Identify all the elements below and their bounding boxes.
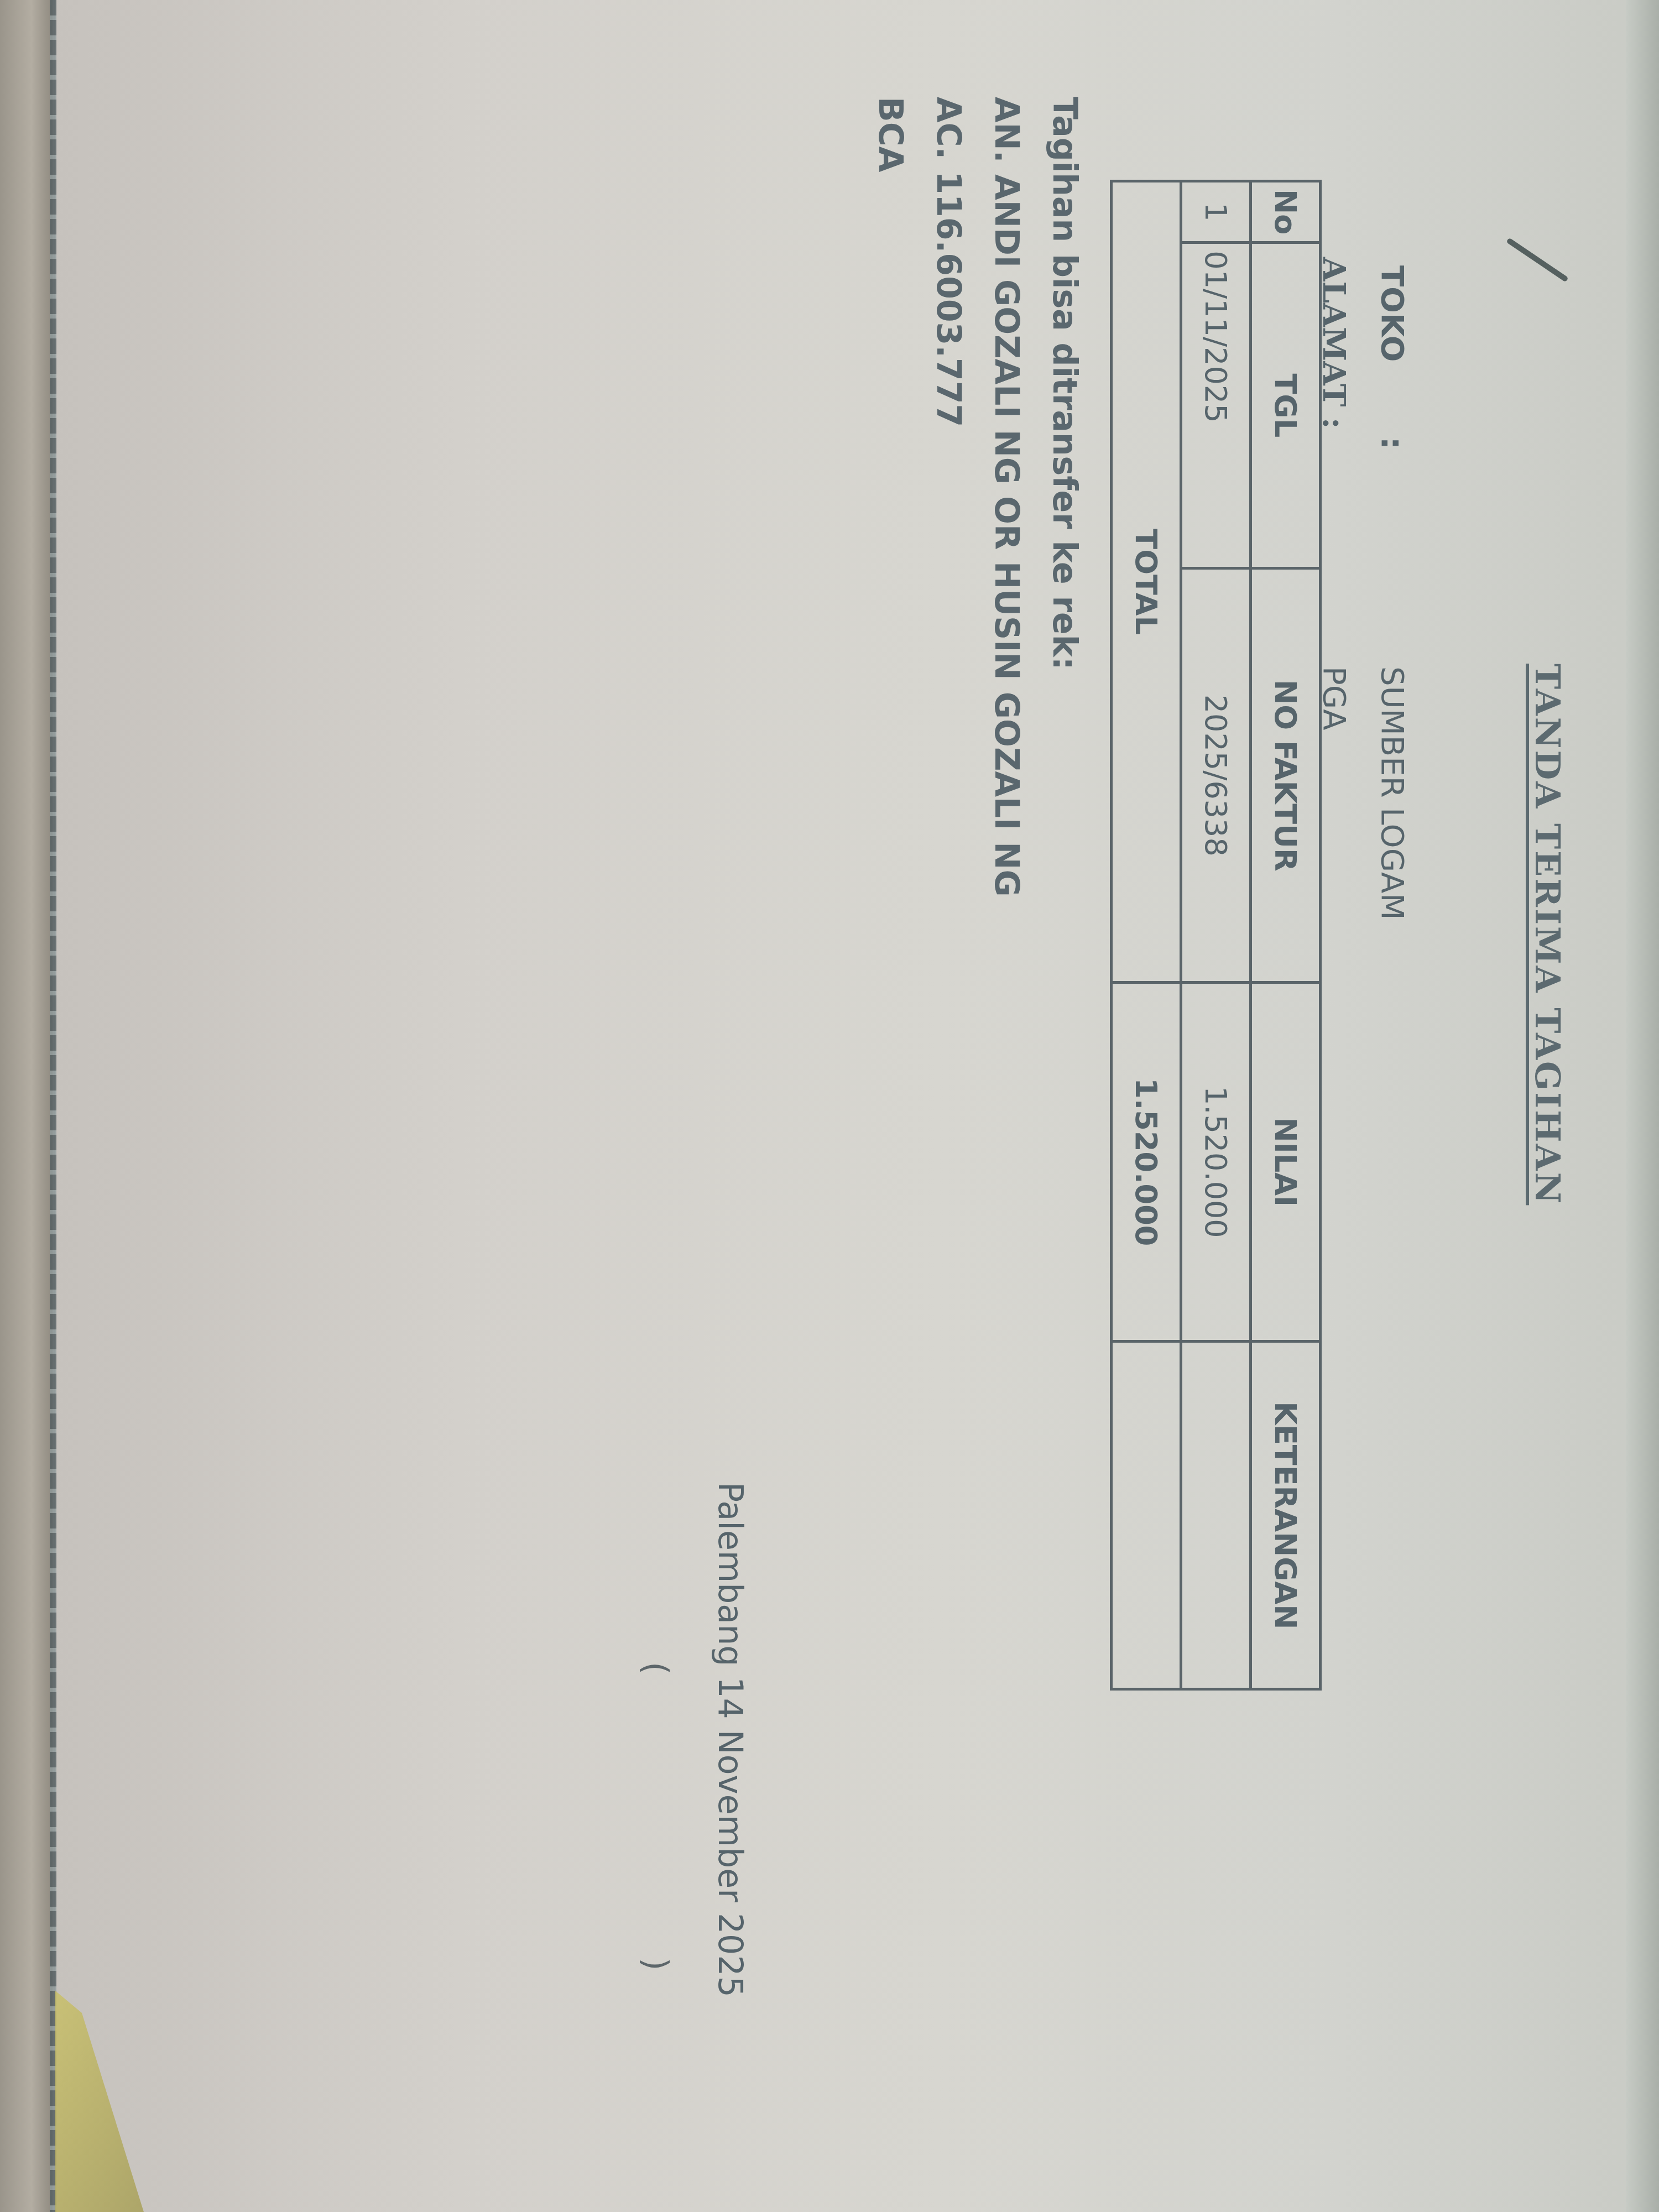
invoice-receipt-document: TANDA TERIMA TAGIHAN TOKO : SUMBER LOGAM… xyxy=(61,11,1653,2201)
cell-keterangan xyxy=(1181,1342,1251,1689)
signature-open-paren: ( xyxy=(636,1662,675,1674)
header-no-faktur: NO FAKTUR xyxy=(1251,568,1321,983)
cell-no: 1 xyxy=(1181,181,1251,243)
account-name: AN. ANDI GOZALI NG OR HUSIN GOZALI NG xyxy=(987,97,1026,897)
cell-nilai: 1.520.000 xyxy=(1181,983,1251,1342)
table-row: 1 01/11/2025 2025/6338 1.520.000 xyxy=(1181,181,1251,1689)
toko-separator: : xyxy=(1374,437,1410,449)
desk-surface xyxy=(0,0,53,2212)
header-keterangan: KETERANGAN xyxy=(1251,1342,1321,1689)
invoice-table: No TGL NO FAKTUR NILAI KETERANGAN 1 01/1… xyxy=(1110,180,1322,1691)
header-nilai: NILAI xyxy=(1251,983,1321,1342)
paper-left-edge xyxy=(50,0,56,2212)
payment-note: Tagihan bisa ditransfer ke rek: xyxy=(1045,97,1084,670)
bank-name: BCA xyxy=(871,97,910,172)
total-keterangan xyxy=(1112,1342,1181,1689)
total-label: TOTAL xyxy=(1112,181,1181,983)
cell-no-faktur: 2025/6338 xyxy=(1181,568,1251,983)
cell-tgl: 01/11/2025 xyxy=(1181,243,1251,568)
total-row: TOTAL 1.520.000 xyxy=(1112,181,1181,1689)
place-and-date: Palembang 14 November 2025 xyxy=(711,1482,749,1997)
toko-label: TOKO xyxy=(1374,265,1410,362)
table-header-row: No TGL NO FAKTUR NILAI KETERANGAN xyxy=(1251,181,1321,1689)
header-no: No xyxy=(1251,181,1321,243)
header-tgl: TGL xyxy=(1251,243,1321,568)
toko-value: SUMBER LOGAM xyxy=(1374,666,1410,920)
account-number: AC. 116.6003.777 xyxy=(929,97,968,427)
signature-close-paren: ) xyxy=(636,1958,675,1970)
total-value: 1.520.000 xyxy=(1112,983,1181,1342)
document-title: TANDA TERIMA TAGIHAN xyxy=(1527,664,1568,1205)
